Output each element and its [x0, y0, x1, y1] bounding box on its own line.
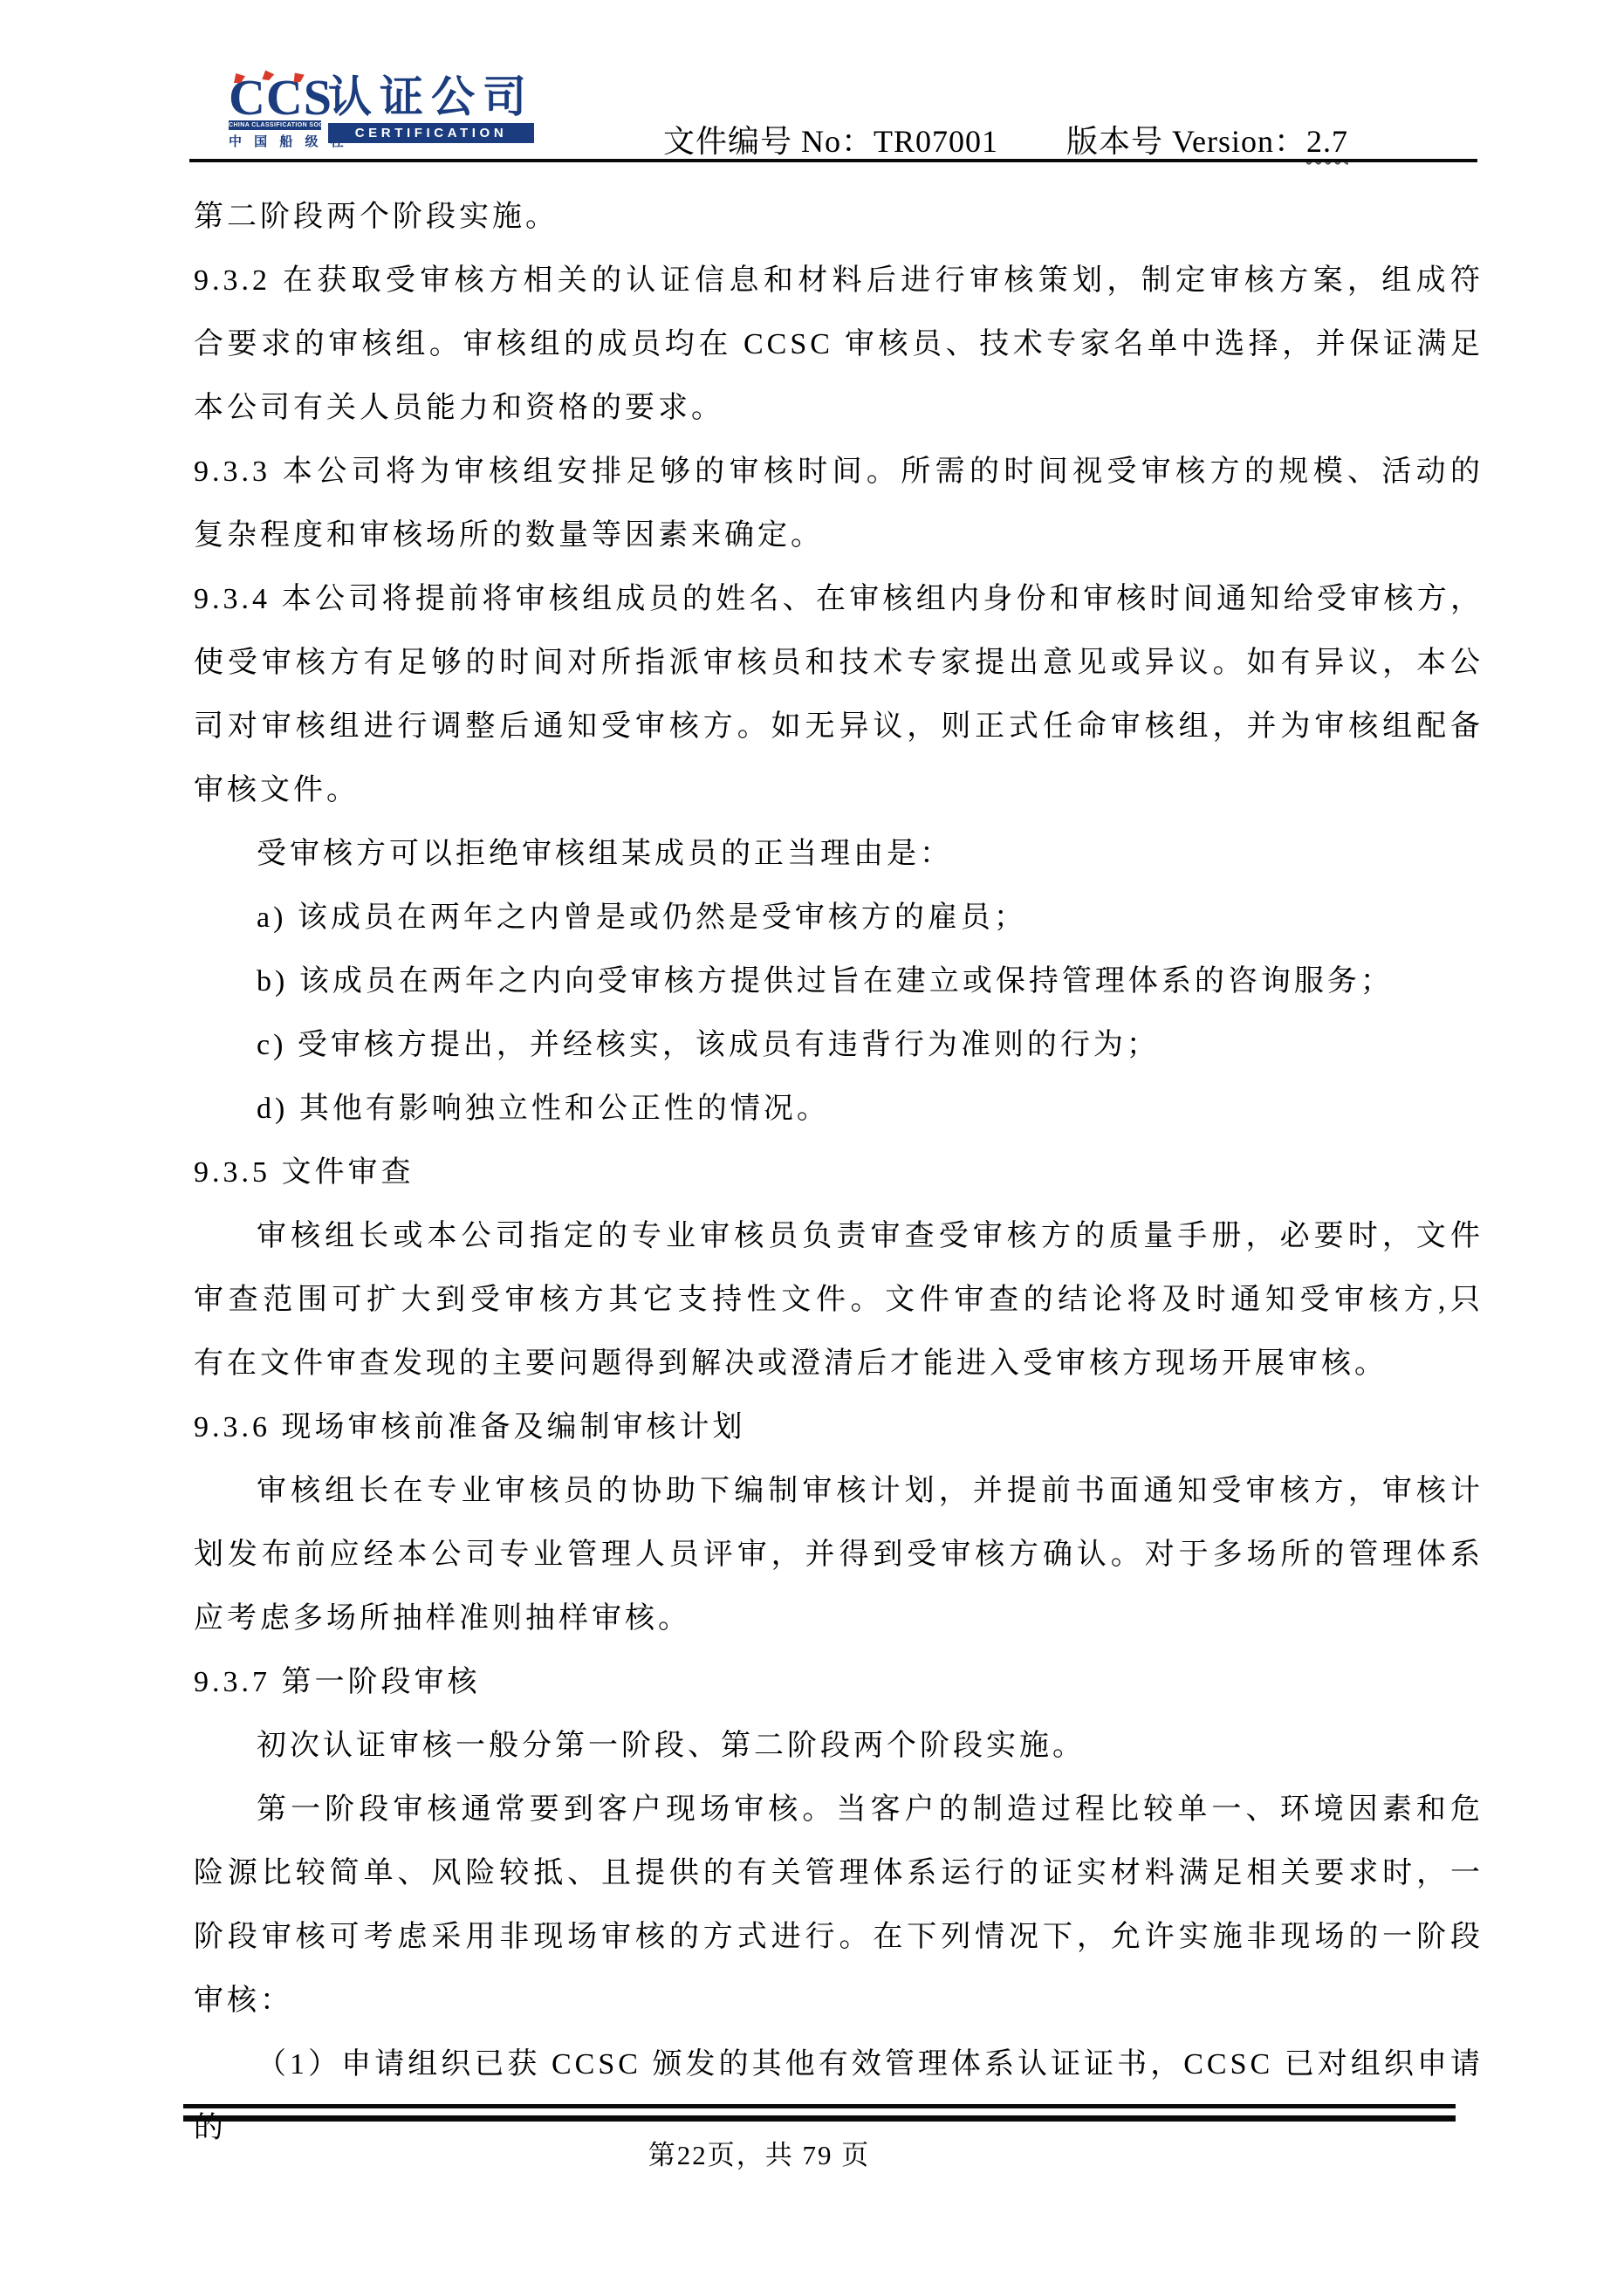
text-line: 划发布前应经本公司专业管理人员评审，并得到受审核方确认。对于多场所的管理体系 [194, 1523, 1484, 1587]
text-line: 初次认证审核一般分第一阶段、第二阶段两个阶段实施。 [194, 1714, 1484, 1778]
list-item: d) 其他有影响独立性和公正性的情况。 [194, 1077, 1484, 1141]
logo-cert-en: CERTIFICATION [328, 123, 534, 143]
logo-society-en: CHINA CLASSIFICATION SOCIETY [229, 120, 321, 130]
text-line: 本公司有关人员能力和资格的要求。 [194, 376, 1484, 440]
logo-society-cn: 中 国 船 级 社 [229, 132, 321, 150]
version-value: 2.7 [1306, 124, 1348, 159]
doc-number-value: TR07001 [874, 124, 998, 159]
list-item: c) 受审核方提出，并经核实，该成员有违背行为准则的行为； [194, 1013, 1484, 1077]
ccs-logo: CCS CHINA CLASSIFICATION SOCIETY 中 国 船 级… [229, 51, 534, 148]
section-heading: 9.3.5 文件审查 [194, 1141, 1484, 1204]
version-field: 版本号 Version：2.7 [1066, 117, 1348, 161]
document-page: CCS CHINA CLASSIFICATION SOCIETY 中 国 船 级… [0, 0, 1624, 2276]
text-line: 受审核方可以拒绝审核组某成员的正当理由是： [194, 822, 1484, 886]
version-label: 版本号 Version： [1066, 124, 1306, 159]
text-line: 9.3.2 在获取受审核方相关的认证信息和材料后进行审核策划，制定审核方案，组成… [194, 249, 1484, 312]
text-line: 使受审核方有足够的时间对所指派审核员和技术专家提出意见或异议。如有异议，本公 [194, 631, 1484, 695]
text-line: 险源比较简单、风险较抵、且提供的有关管理体系运行的证实材料满足相关要求时，一 [194, 1841, 1484, 1905]
text-line: 9.3.4 本公司将提前将审核组成员的姓名、在审核组内身份和审核时间通知给受审核… [194, 567, 1484, 631]
footer-divider-thick [183, 2115, 1456, 2122]
footer-divider-thin [183, 2104, 1456, 2108]
text-line: 第二阶段两个阶段实施。 [194, 185, 1484, 249]
text-line: 第一阶段审核通常要到客户现场审核。当客户的制造过程比较单一、环境因素和危 [194, 1778, 1484, 1841]
document-body: 第二阶段两个阶段实施。 9.3.2 在获取受审核方相关的认证信息和材料后进行审核… [194, 185, 1484, 2160]
header-divider [189, 159, 1477, 162]
list-item: b) 该成员在两年之内向受审核方提供过旨在建立或保持管理体系的咨询服务； [194, 949, 1484, 1013]
header-fields: 文件编号 No：TR07001 版本号 Version：2.7 [663, 117, 1484, 161]
text-line: 审核： [194, 1969, 1484, 2033]
text-line: 司对审核组进行调整后通知受审核方。如无异议，则正式任命审核组，并为审核组配备 [194, 695, 1484, 758]
doc-number-label: 文件编号 No： [663, 124, 874, 159]
text-line: 阶段审核可考虑采用非现场审核的方式进行。在下列情况下，允许实施非现场的一阶段 [194, 1905, 1484, 1969]
section-heading: 9.3.7 第一阶段审核 [194, 1650, 1484, 1714]
logo-cert-cn: 认证公司 [328, 73, 534, 121]
text-line: 合要求的审核组。审核组的成员均在 CCSC 审核员、技术专家名单中选择，并保证满… [194, 312, 1484, 376]
text-line: 9.3.3 本公司将为审核组安排足够的审核时间。所需的时间视受审核方的规模、活动… [194, 440, 1484, 504]
page-number: 第22页，共 79 页 [0, 2133, 1518, 2172]
text-line: 应考虑多场所抽样准则抽样审核。 [194, 1587, 1484, 1650]
text-line: 审核文件。 [194, 758, 1484, 822]
text-line: 审核组长或本公司指定的专业审核员负责审查受审核方的质量手册，必要时，文件 [194, 1204, 1484, 1268]
section-heading: 9.3.6 现场审核前准备及编制审核计划 [194, 1395, 1484, 1459]
text-line: 审核组长在专业审核员的协助下编制审核计划，并提前书面通知受审核方，审核计 [194, 1459, 1484, 1523]
doc-number-field: 文件编号 No：TR07001 [663, 117, 998, 161]
text-line: 有在文件审查发现的主要问题得到解决或澄清后才能进入受审核方现场开展审核。 [194, 1332, 1484, 1395]
list-item: a) 该成员在两年之内曾是或仍然是受审核方的雇员； [194, 886, 1484, 949]
text-line: 复杂程度和审核场所的数量等因素来确定。 [194, 504, 1484, 567]
text-line: 审查范围可扩大到受审核方其它支持性文件。文件审查的结论将及时通知受审核方,只 [194, 1268, 1484, 1332]
